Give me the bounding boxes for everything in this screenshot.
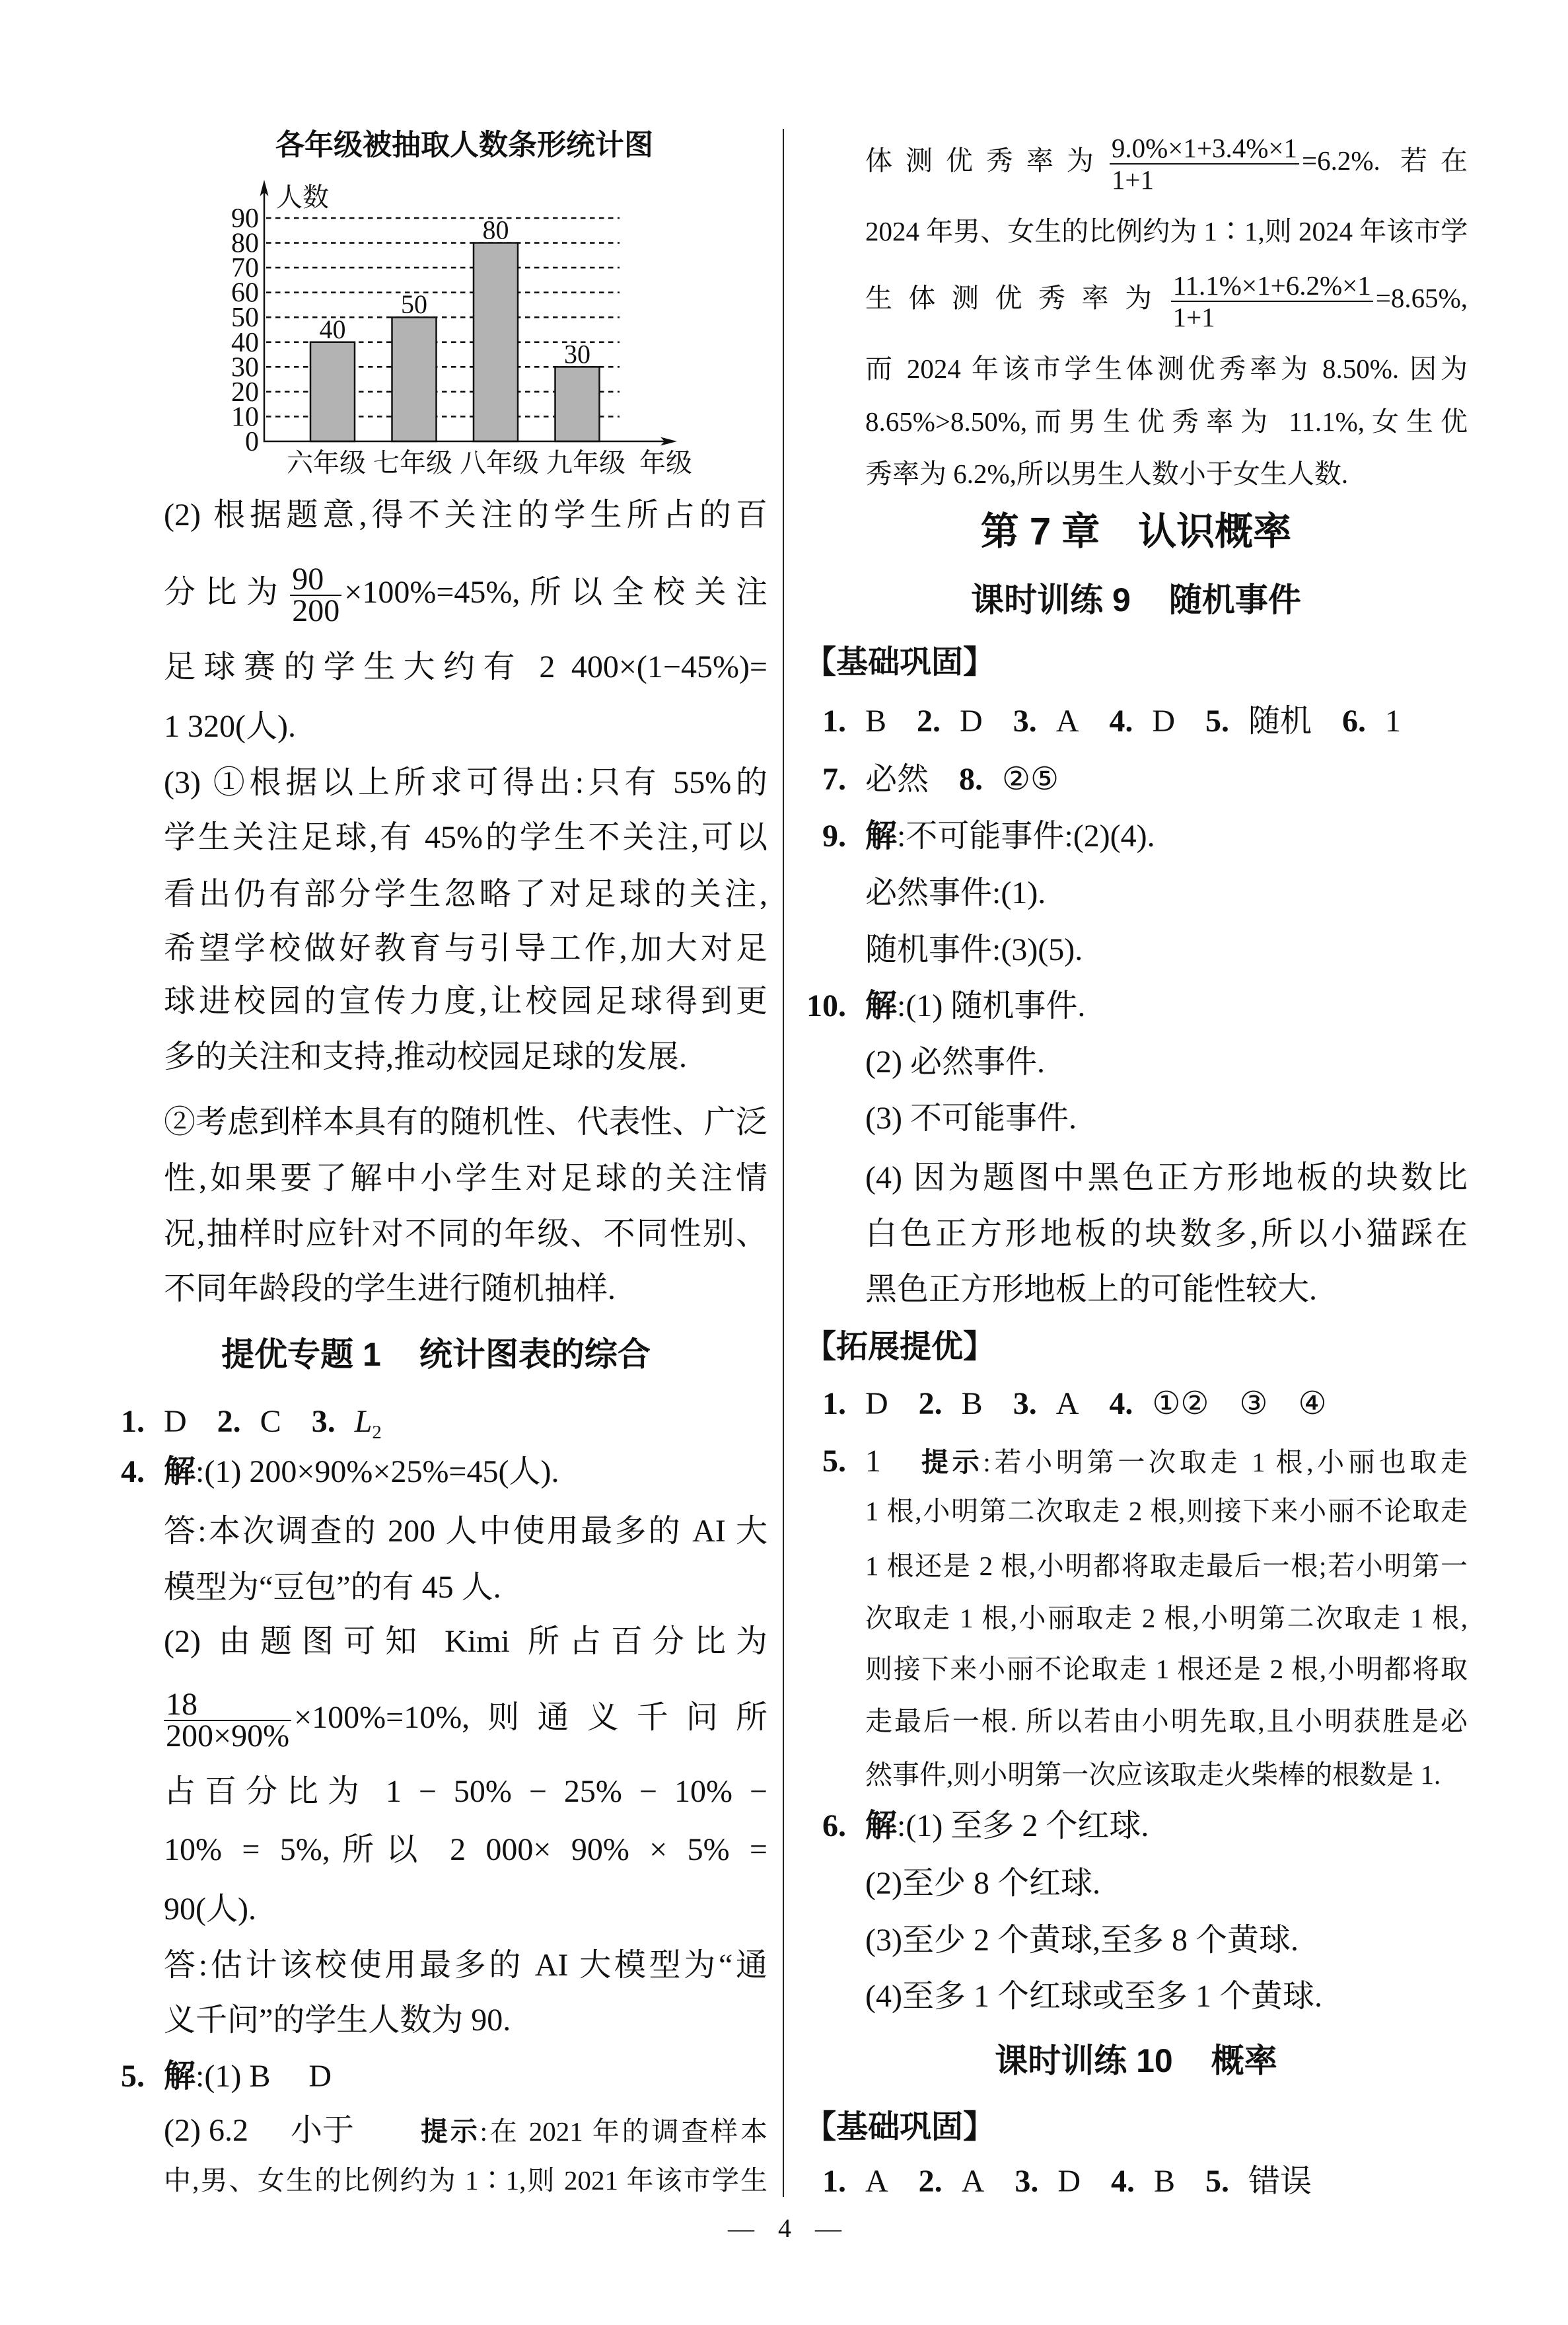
question-number: 5. [822,1442,846,1481]
question-number: 1. [822,702,846,741]
bar [310,342,355,441]
question-number: 6. [822,1806,846,1846]
answer: 必然 [865,762,929,797]
answer: 小于 [291,2113,354,2148]
question-number: 5. [1205,704,1229,739]
solution-label: 解 [865,988,897,1023]
question-number: 7. [822,760,846,799]
question-number: 10. [806,986,846,1026]
fraction-numerator: 90 [290,564,341,595]
solution-label: 解 [865,1808,897,1843]
section-label-basic: 【基础巩固】 [804,2108,995,2147]
text-line: (4)至多 1 个红球或至多 1 个黄球. [865,1977,1468,2016]
text-line: 必然事件:(1). [865,873,1468,913]
hint-text: :若小明第一次取走 1 根,小丽也取走 [983,1447,1468,1477]
hint-line: 然事件,则小明第一次应该取走火柴棒的根数是 1. [865,1755,1468,1794]
page-number-value: 4 [778,2213,791,2243]
question-number: 2. [919,1386,943,1421]
question-number: 4. [1109,704,1133,739]
answer-row: 1. D2.C3.L2 [164,1402,767,1442]
fraction: 90200 [290,564,341,626]
hint-line: 秀率为 6.2%,所以男生人数小于女生人数. [865,454,1468,494]
hint-line: 2024 年男、女生的比例约为 1∶1,则 2024 年该市学 [865,211,1468,251]
text-line: 足球赛的学生大约有 2 400×(1−45%)= [164,647,767,687]
fraction-denominator: 1+1 [1110,163,1299,195]
text-line: (2) 必然事件. [865,1043,1468,1082]
hint-line: 则接下来小丽不论取走 1 根还是 2 根,小明都将取 [865,1649,1468,1689]
answer-variable: L [355,1404,373,1439]
bar [392,317,437,441]
text-line: ②考虑到样本具有的随机性、代表性、广泛 [164,1103,767,1142]
solution-line: 6. 解:(1) 至多 2 个红球. [865,1806,1468,1846]
answer: 1 [1385,704,1401,739]
text-line: 多的关注和支持,推动校园足球的发展. [164,1037,767,1077]
answer-row: 1. D2.B3.A4.①②③④ [865,1384,1468,1424]
lesson-name: 概率 [1211,2042,1277,2079]
answer: ④ [1298,1386,1326,1421]
lesson-number: 课时训练 9 [971,581,1131,618]
page-number-dash-right: — [815,2213,841,2243]
answer: B [865,704,886,739]
answer-l-sub-2: L2 [355,1404,382,1439]
answer: 随机 [1248,704,1312,739]
answer: D [308,2059,332,2094]
question-number: 6. [1342,704,1366,739]
bar-chart: 各年级被抽取人数条形统计图 人数 010203040506070809040六年… [218,119,707,489]
text-segment: :(1) 至多 2 个红球. [897,1808,1149,1843]
answer-row: 1. A2.A3.D4.B5.错误 [865,2162,1468,2201]
text-segment: 体测优秀率为 [865,145,1107,176]
text-line-with-fraction: 18200×90%×100%=10%,则通义千问所 [164,1698,767,1738]
answer-with-hint-line: 5. 1 提示:若小明第一次取走 1 根,小丽也取走 [865,1442,1468,1481]
text-line: (2) 根据题意,得不关注的学生所占的百 [164,496,767,535]
text-line: (3)至少 2 个黄球,至多 8 个黄球. [865,1921,1468,1960]
x-category-label: 七年级 [373,448,452,478]
fraction-denominator: 200 [290,595,341,626]
x-axis-label: 年级 [639,448,692,478]
text-line: 球进校园的宣传力度,让校园足球得到更 [164,982,767,1021]
chapter-heading: 第 7 章认识概率 [804,509,1468,555]
text-line: 1 320(人). [164,707,767,747]
text-line: 10% = 5%,所以 2 000× 90% × 5% = [164,1830,767,1870]
answer: D [1152,704,1175,739]
y-axis-label: 人数 [276,182,329,212]
hint-label: 提示 [921,1447,983,1477]
answer-subscript: 2 [372,1422,381,1443]
text-line: 义千问”的学生人数为 90. [164,2001,767,2040]
hint-line: 1 根,小明第二次取走 2 根,则接下来小丽不论取走 [865,1491,1468,1531]
hint-label: 提示 [421,2116,480,2147]
bar-value-label: 50 [401,289,427,319]
text-line: 不同年龄段的学生进行随机抽样. [164,1269,767,1309]
text-line: 答:本次调查的 200 人中使用最多的 AI 大 [164,1512,767,1551]
bar [474,243,518,441]
text-line: 占百分比为 1 − 50% − 25% − 10% − [164,1772,767,1812]
answer: D [164,1404,187,1439]
answer: A [865,2164,888,2199]
answer: ③ [1239,1386,1267,1421]
solution-line: 4. 解:(1) 200×90%×25%=45(人). [164,1452,767,1492]
bar [555,367,600,441]
topic-heading: 提优专题 1统计图表的综合 [112,1331,760,1378]
question-number: 1. [121,1402,145,1442]
text-line: 希望学校做好教育与引导工作,加大对足 [164,929,767,969]
question-number: 2. [217,1404,241,1439]
answer: B [1154,2164,1175,2199]
solution-label: 解 [865,819,897,854]
question-number: 3. [1013,1386,1037,1421]
hint-line: 1 根还是 2 根,小明都将取走最后一根;若小明第一 [865,1546,1468,1586]
answer-with-hint-line: (2) 6.2小于 提示:在 2021 年的调查样本 [164,2111,767,2151]
text-line: (2) 由题图可知 Kimi 所占百分比为 [164,1622,767,1662]
answer: A [1056,1386,1079,1421]
lesson-heading: 课时训练 10概率 [804,2038,1468,2084]
bar-value-label: 40 [320,314,346,344]
hint-line-with-fraction: 体测优秀率为9.0%×1+3.4%×11+1=6.2%. 若在 [865,141,1468,180]
text-line-with-fraction: 分比为90200×100%=45%,所以全校关注 [164,573,767,612]
hint-line-with-fraction: 生体测优秀率为11.1%×1+6.2%×11+1=8.65%, [865,278,1468,318]
text-line: 白色正方形地板的块数多,所以小猫踩在 [865,1214,1468,1254]
question-number: 4. [1111,2164,1135,2199]
hint-segment: 提示:若小明第一次取走 1 根,小丽也取走 [921,1442,1468,1481]
text-segment: ×100%=45%,所以全校关注 [344,575,767,610]
text-line: 随机事件:(3)(5). [865,930,1468,970]
question-number: 3. [1013,704,1037,739]
question-number: 5. [1205,2164,1229,2199]
text-line: 学生关注足球,有 45%的学生不关注,可以 [164,818,767,858]
page-number-dash-left: — [728,2213,754,2243]
answer: D [865,1386,888,1421]
text-segment: 生体测优秀率为 [865,283,1168,313]
column-divider [783,129,784,2197]
bar-value-label: 80 [483,215,509,245]
text-line: 模型为“豆包”的有 45 人. [164,1568,767,1607]
question-number: 3. [1015,2164,1038,2199]
answer-page: 各年级被抽取人数条形统计图 人数 010203040506070809040六年… [0,0,1568,2325]
text-segment: =6.2%. 若在 [1302,145,1468,176]
text-line: 90(人). [164,1890,767,1929]
text-line: (4) 因为题图中黑色正方形地板的块数比 [865,1158,1468,1198]
text-segment: ×100%=10%,则通义千问所 [294,1700,767,1735]
topic-number: 提优专题 1 [221,1336,381,1373]
answer-row: 7. 必然8.②⑤ [865,760,1468,799]
fraction-numerator: 18 [164,1689,291,1720]
fraction: 11.1%×1+6.2%×11+1 [1171,270,1373,332]
text-segment: :(1) B [196,2059,270,2094]
question-number: 4. [1109,1386,1133,1421]
text-line: 看出仍有部分学生忽略了对足球的关注, [164,875,767,914]
answer: B [962,1386,983,1421]
fraction-numerator: 11.1%×1+6.2%×1 [1171,270,1373,301]
chapter-number: 第 7 章 [981,510,1100,553]
lesson-number: 课时训练 10 [995,2042,1173,2079]
x-category-label: 八年级 [460,448,539,478]
topic-name: 统计图表的综合 [419,1336,651,1373]
answer: 1 [865,1444,881,1479]
question-number: 8. [959,762,983,797]
bar-value-label: 30 [564,339,590,369]
solution-label: 解 [164,1454,196,1489]
section-label-basic: 【基础巩固】 [804,643,995,683]
answer-row: 1. B2.D3.A4.D5.随机6.1 [865,702,1468,741]
x-category-label: 九年级 [546,448,625,478]
answer: D [960,704,983,739]
text-line: (3) 不可能事件. [865,1099,1468,1138]
solution-line: 9. 解:不可能事件:(2)(4). [865,817,1468,856]
page-number: —4— [653,2209,917,2248]
question-number: 1. [822,2162,846,2201]
solution-line: 5. 解:(1) BD [164,2057,767,2096]
solution-label: 解 [164,2059,196,2094]
text-segment: 分比为 [164,575,287,610]
fraction-denominator: 200×90% [164,1720,291,1752]
fraction-denominator: 1+1 [1171,301,1373,332]
question-number: 2. [917,704,941,739]
y-tick-label: 90 [231,203,259,234]
chart-plot-area: 010203040506070809040六年级50七年级80八年级30九年级 [231,203,625,478]
hint-line: 8.65%>8.50%,而男生优秀率为 11.1%,女生优 [865,402,1468,441]
solution-line: 10. 解:(1) 随机事件. [865,986,1468,1026]
hint-line: 中,男、女生的比例约为 1∶1,则 2021 年该市学生 [164,2160,767,2200]
text-segment: :不可能事件:(2)(4). [897,819,1155,854]
question-number: 5. [121,2057,145,2096]
text-line: 况,抽样时应针对不同的年级、不同性别、 [164,1214,767,1254]
hint-text: :在 2021 年的调查样本 [480,2116,767,2147]
question-number: 1. [822,1384,846,1424]
question-number: 2. [919,2164,943,2199]
text-segment: :(1) 随机事件. [897,988,1085,1023]
text-segment: :(1) 200×90%×25%=45(人). [196,1454,559,1489]
question-number: 4. [121,1452,145,1492]
text-line: 性,如果要了解中小学生对足球的关注情 [164,1159,767,1199]
fraction: 9.0%×1+3.4%×11+1 [1110,133,1299,195]
text-line: 答:估计该校使用最多的 AI 大模型为“通 [164,1946,767,1985]
answer: 错误 [1248,2164,1312,2199]
answer: A [962,2164,985,2199]
lesson-name: 随机事件 [1169,581,1301,618]
x-category-label: 六年级 [287,448,366,478]
answer: D [1057,2164,1081,2199]
answer: C [260,1404,281,1439]
text-segment: (2) 6.2 [164,2113,248,2148]
text-segment: =8.65%, [1376,283,1468,313]
lesson-heading: 课时训练 9随机事件 [804,577,1468,623]
text-line: (3) ①根据以上所求可得出:只有 55%的 [164,763,767,803]
hint-line: 走最后一根. 所以若由小明先取,且小明获胜是必 [865,1701,1468,1741]
hint-line: 而 2024 年该市学生体测优秀率为 8.50%. 因为 [865,349,1468,388]
question-number: 3. [312,1404,336,1439]
chart-title: 各年级被抽取人数条形统计图 [275,128,653,161]
text-line: (2)至少 8 个红球. [865,1864,1468,1903]
answer: ②⑤ [1002,762,1059,797]
fraction: 18200×90% [164,1689,291,1752]
section-label-extend: 【拓展提优】 [804,1327,995,1367]
answer: ①② [1152,1386,1209,1421]
hint-segment: 提示:在 2021 年的调查样本 [421,2111,767,2151]
text-line: 黑色正方形地板上的可能性较大. [865,1270,1468,1310]
answer: A [1056,704,1079,739]
fraction-numerator: 9.0%×1+3.4%×1 [1110,133,1299,163]
hint-line: 次取走 1 根,小丽取走 2 根,小明第二次取走 1 根, [865,1598,1468,1638]
question-number: 9. [822,817,846,856]
chapter-name: 认识概率 [1138,510,1291,553]
